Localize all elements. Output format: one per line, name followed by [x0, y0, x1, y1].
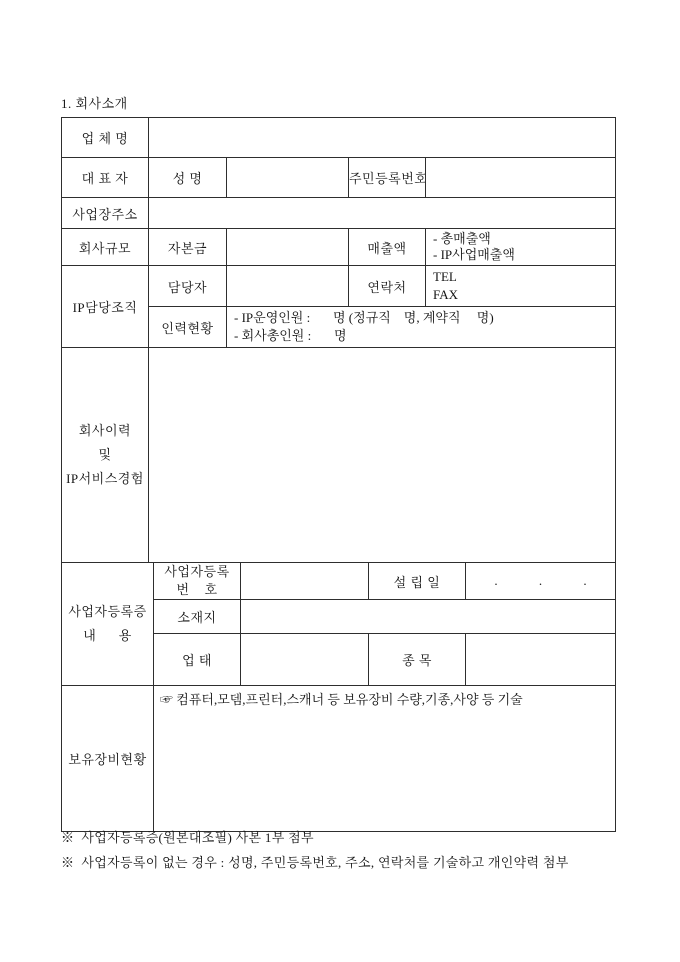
footnote-no-registration: ※ 사업자등록이 없는 경우 : 성명, 주민등록번호, 주소, 연락처를 기술… — [61, 850, 569, 875]
label-founded-date: 설 립 일 — [369, 563, 466, 600]
input-company-name[interactable] — [149, 118, 616, 158]
label-biz-reg-number: 사업자등록 번 호 — [154, 563, 241, 600]
contact-tel-line: TEL — [433, 268, 608, 286]
label-business-address: 사업장주소 — [62, 198, 149, 229]
input-equipment[interactable]: ☞ 컴퓨터,모뎀,프린터,스캐너 등 보유장비 수량,기종,사양 등 기술 — [154, 686, 616, 832]
label-capital: 자본금 — [149, 229, 227, 266]
contact-fax-line: FAX — [433, 286, 608, 304]
input-capital[interactable] — [227, 229, 349, 266]
input-rep-rrn[interactable] — [426, 158, 616, 198]
input-contact[interactable]: TEL FAX — [426, 266, 616, 307]
row-company-scale: 회사규모 자본금 매출액 - 총매출액 - IP사업매출액 — [62, 229, 616, 266]
row-business-address: 사업장주소 — [62, 198, 616, 229]
input-biz-type[interactable] — [241, 634, 369, 686]
row-biz-reg-number: 사업자등록증 내 용 사업자등록 번 호 설 립 일 . . . — [62, 563, 616, 600]
input-rep-name[interactable] — [227, 158, 349, 198]
label-biz-type: 업 태 — [154, 634, 241, 686]
input-biz-reg-number[interactable] — [241, 563, 369, 600]
input-biz-item[interactable] — [466, 634, 616, 686]
input-company-history[interactable] — [149, 348, 616, 563]
label-manager: 담당자 — [149, 266, 227, 307]
input-location[interactable] — [241, 600, 616, 634]
label-ip-org: IP담당조직 — [62, 266, 149, 348]
row-representative: 대 표 자 성 명 주민등록번호 — [62, 158, 616, 198]
sales-note-ip: - IP사업매출액 — [433, 247, 608, 263]
label-rep-name: 성 명 — [149, 158, 227, 198]
label-rep-rrn: 주민등록번호 — [349, 158, 426, 198]
document-page: 1. 회사소개 업 체 명 대 표 자 성 명 주민등록번호 사업장주소 — [0, 0, 680, 962]
input-business-address[interactable] — [149, 198, 616, 229]
row-equipment: 보유장비현황 ☞ 컴퓨터,모뎀,프린터,스캐너 등 보유장비 수량,기종,사양 … — [62, 686, 616, 832]
row-company-history: 회사이력 및 IP서비스경험 — [62, 348, 616, 563]
label-location: 소재지 — [154, 600, 241, 634]
company-intro-table-lower: 사업자등록증 내 용 사업자등록 번 호 설 립 일 . . . 소재지 업 태 — [61, 562, 616, 832]
company-intro-form: 업 체 명 대 표 자 성 명 주민등록번호 사업장주소 회사규모 자본금 매출… — [61, 117, 615, 832]
staff-line-total: - 회사총인원 : 명 — [234, 327, 608, 345]
label-company-name: 업 체 명 — [62, 118, 149, 158]
label-staff-status: 인력현황 — [149, 307, 227, 348]
input-manager[interactable] — [227, 266, 349, 307]
label-company-scale: 회사규모 — [62, 229, 149, 266]
label-equipment: 보유장비현황 — [62, 686, 154, 832]
label-contact: 연락처 — [349, 266, 426, 307]
staff-line-ip: - IP운영인원 : 명 (정규직 명, 계약직 명) — [234, 309, 608, 327]
row-ip-manager: IP담당조직 담당자 연락처 TEL FAX — [62, 266, 616, 307]
label-biz-reg-content: 사업자등록증 내 용 — [62, 563, 154, 686]
input-staff-status[interactable]: - IP운영인원 : 명 (정규직 명, 계약직 명) - 회사총인원 : 명 — [227, 307, 616, 348]
label-company-history: 회사이력 및 IP서비스경험 — [62, 348, 149, 563]
input-sales-breakdown[interactable]: - 총매출액 - IP사업매출액 — [426, 229, 616, 266]
row-company-name: 업 체 명 — [62, 118, 616, 158]
label-representative: 대 표 자 — [62, 158, 149, 198]
label-biz-item: 종 목 — [369, 634, 466, 686]
company-intro-table-upper: 업 체 명 대 표 자 성 명 주민등록번호 사업장주소 회사규모 자본금 매출… — [61, 117, 616, 563]
pointing-hand-icon: ☞ — [160, 692, 173, 707]
hint-text: ☞ 컴퓨터,모뎀,프린터,스캐너 등 보유장비 수량,기종,사양 등 기술 — [160, 692, 523, 707]
sales-note-total: - 총매출액 — [433, 231, 608, 247]
input-founded-date[interactable]: . . . — [466, 563, 616, 600]
label-sales: 매출액 — [349, 229, 426, 266]
footnotes: ※ 사업자등록증(원본대조필) 사본 1부 첨부 ※ 사업자등록이 없는 경우 … — [61, 825, 569, 875]
footnote-attach-copy: ※ 사업자등록증(원본대조필) 사본 1부 첨부 — [61, 825, 569, 850]
equipment-hint: 컴퓨터,모뎀,프린터,스캐너 등 보유장비 수량,기종,사양 등 기술 — [173, 692, 523, 707]
section-title: 1. 회사소개 — [61, 93, 128, 112]
